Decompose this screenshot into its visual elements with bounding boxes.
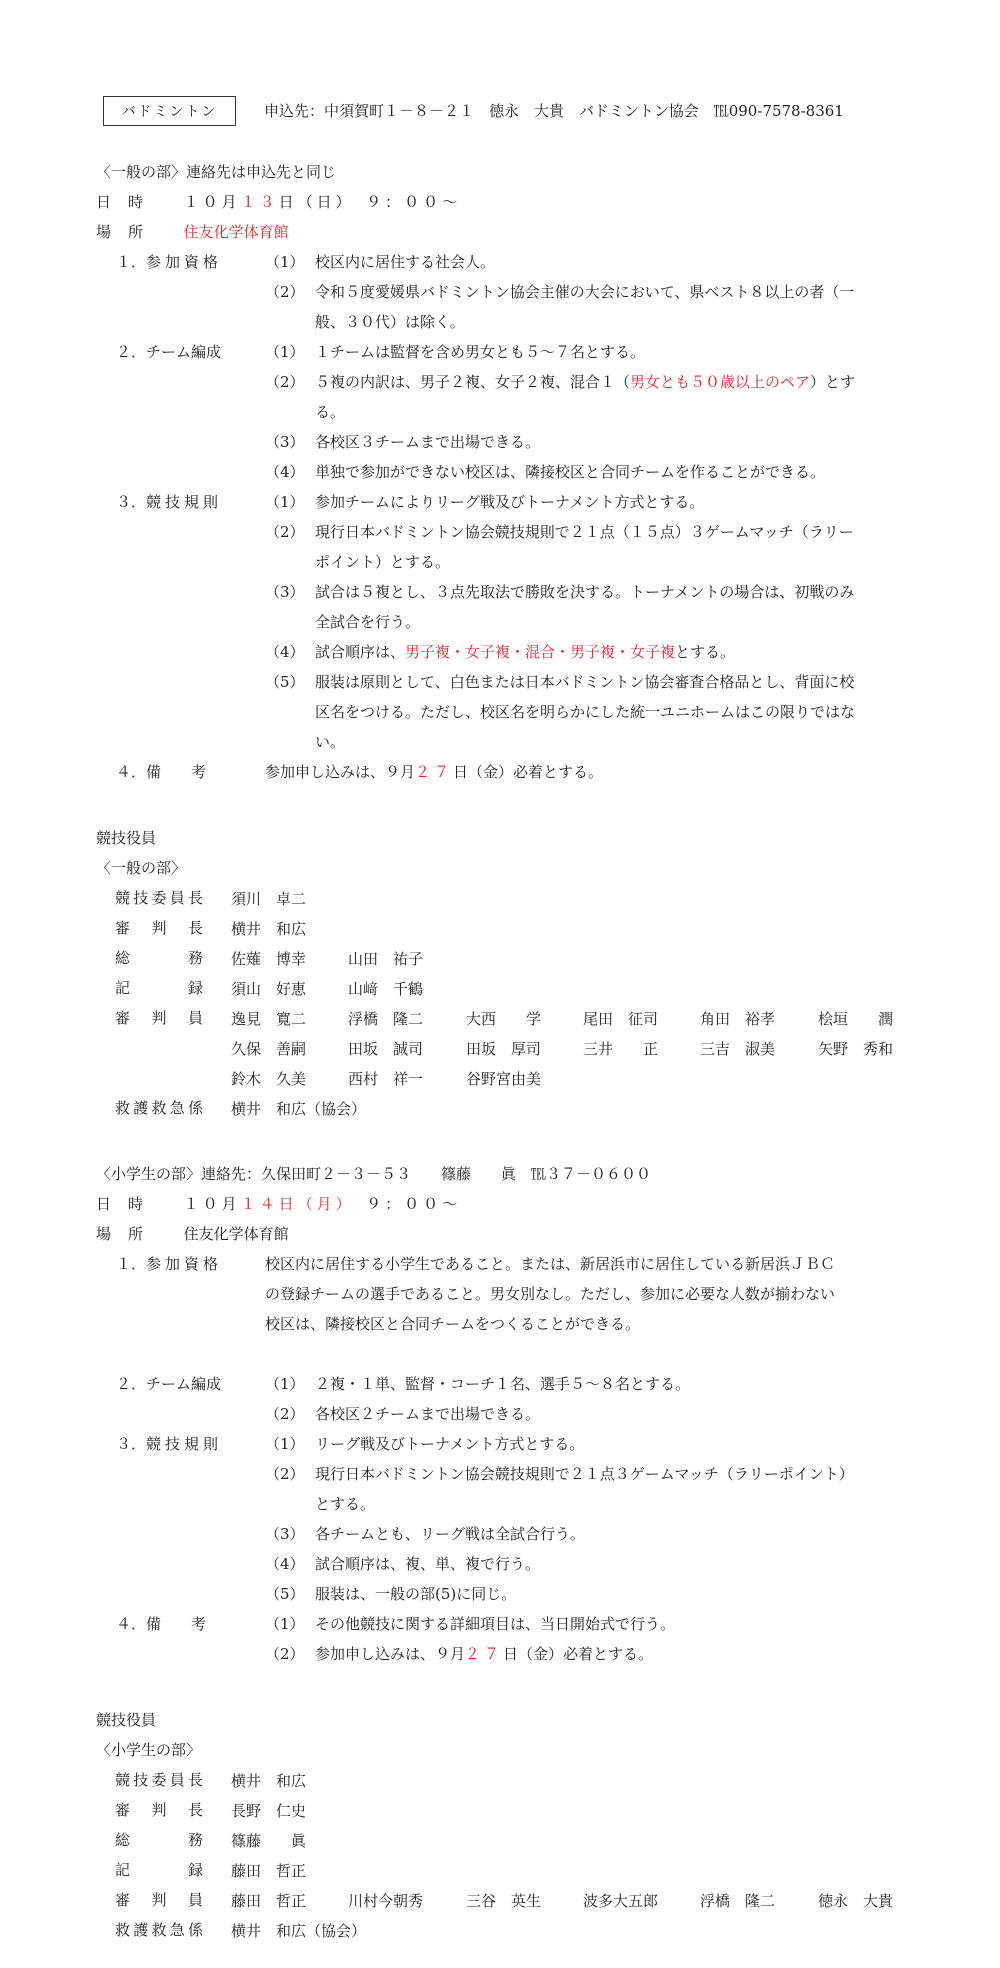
- official-role: 競技委員長: [115, 1770, 203, 1790]
- item-text: 各校区３チームまで出場できる。: [315, 432, 540, 452]
- item-text: 全試合を行う。: [315, 612, 420, 632]
- item-text: ５複の内訳は、男子２複、女子２複、混合１（男女とも５０歳以上のペア）とす: [315, 372, 855, 392]
- item-number: （2）: [265, 1644, 305, 1664]
- item-number: （3）: [265, 1524, 305, 1544]
- item-text: 区名をつける。ただし、校区名を明らかにした統一ユニホームはこの限りではな: [315, 702, 855, 722]
- official-role: 総務: [115, 948, 203, 968]
- official-name: 三吉 淑美: [700, 1038, 775, 1059]
- official-row: 審判長: [115, 918, 203, 938]
- general-section-3: ３．競技規則: [116, 492, 222, 512]
- section-label: 競技規則: [146, 493, 222, 511]
- elementary-date-row: 日 時 １０月１４日（月） ９：００～: [96, 1194, 461, 1214]
- official-name: 尾田 征司: [583, 1008, 658, 1029]
- item-text: １チームは監督を含め男女とも５～７名とする。: [315, 342, 645, 362]
- item-number: （1）: [265, 1614, 305, 1634]
- official-row: 審判員: [115, 1890, 203, 1910]
- official-name: 藤田 哲正: [231, 1890, 306, 1911]
- section-label: チーム編成: [146, 1375, 221, 1393]
- official-name: 横井 和広: [231, 1770, 306, 1791]
- official-name: 逸見 寛二: [231, 1008, 306, 1029]
- official-row: 審判員: [115, 1008, 203, 1028]
- official-name: 山田 祐子: [348, 948, 423, 969]
- official-row: 競技委員長: [115, 888, 203, 908]
- official-name: 桧垣 潤: [818, 1008, 893, 1029]
- section-label: 競技規則: [146, 1435, 222, 1453]
- official-name: 横井 和広（協会）: [231, 1098, 366, 1119]
- official-role: 救護救急係: [115, 1098, 203, 1118]
- item-text: 各チームとも、リーグ戦は全試合行う。: [315, 1524, 585, 1544]
- sport-title: バドミントン: [122, 101, 218, 121]
- place-label: 場 所: [96, 223, 144, 241]
- official-name: 藤田 哲正: [231, 1860, 306, 1881]
- official-name: 佐薙 博幸: [231, 948, 306, 969]
- item-text: 試合は５複とし、３点先取法で勝敗を決する。トーナメントの場合は、初戦のみ: [315, 582, 854, 602]
- elementary-section-2: ２．チーム編成: [116, 1374, 221, 1394]
- section-label: 備 考: [146, 763, 206, 781]
- elementary-section-1: １．参加資格: [116, 1254, 222, 1274]
- official-role: 救護救急係: [115, 1920, 203, 1940]
- elementary-place-row: 場 所 住友化学体育館: [96, 1224, 289, 1244]
- item-number: （2）: [265, 1464, 305, 1484]
- official-name: 三井 正: [583, 1038, 658, 1059]
- official-name: 長野 仁史: [231, 1800, 306, 1821]
- item-text: 参加チームによりリーグ戦及びトーナメント方式とする。: [315, 492, 704, 512]
- official-name: 三谷 英生: [466, 1890, 541, 1911]
- section-label: チーム編成: [146, 343, 221, 361]
- item-number: （2）: [265, 282, 305, 302]
- item-text: ポイント）とする。: [315, 552, 450, 572]
- officials-division: 〈一般の部〉: [96, 858, 186, 878]
- item-text: 令和５度愛媛県バドミントン協会主催の大会において、県ベスト８以上の者（一: [315, 282, 854, 302]
- item-text: 服装は、一般の部(5)に同じ。: [315, 1584, 516, 1604]
- date-label: 日 時: [96, 193, 144, 211]
- match-order-highlight: 男子複・女子複・混合・男子複・女子複: [405, 643, 675, 661]
- deadline-day-highlight: ２７: [415, 763, 453, 781]
- general-place-row: 場 所 住友化学体育館: [96, 222, 289, 242]
- official-row: 競技委員長: [115, 1770, 203, 1790]
- item-number: （1）: [265, 252, 305, 272]
- official-name: 浮橋 隆二: [700, 1890, 775, 1911]
- official-name: 山﨑 千鶴: [348, 978, 423, 999]
- item-number: （2）: [265, 372, 305, 392]
- general-section-1: １．参加資格: [116, 252, 222, 272]
- official-row: 総務: [115, 948, 203, 968]
- section-label: 参加資格: [146, 1255, 222, 1273]
- official-name: 鈴木 久美: [231, 1068, 306, 1089]
- official-row: 救護救急係: [115, 1920, 203, 1940]
- age-requirement-highlight: 男女とも５０歳以上のペア: [630, 373, 810, 391]
- item-text: る。: [315, 402, 345, 422]
- item-text: ２複・１単、監督・コーチ１名、選手５～８名とする。: [315, 1374, 690, 1394]
- official-role: 審判員: [115, 1890, 203, 1910]
- official-name: 大西 学: [466, 1008, 541, 1029]
- officials-title: 競技役員: [96, 828, 156, 848]
- date-day-highlight: １３: [241, 193, 279, 211]
- item-text: 校区内に居住する小学生であること。または、新居浜市に居住している新居浜ＪＢＣ: [265, 1254, 835, 1274]
- official-role: 総務: [115, 1830, 203, 1850]
- official-name: 徳永 大貴: [818, 1890, 893, 1911]
- date-day-highlight: １４日（月）: [241, 1195, 348, 1213]
- item-text: とする。: [315, 1494, 375, 1514]
- general-date-row: 日 時 １０月１３日（日） ９：００～: [96, 192, 461, 212]
- item-number: （2）: [265, 1404, 305, 1424]
- item-text: 各校区２チームまで出場できる。: [315, 1404, 540, 1424]
- date-rest: 日（日） ９：００～: [279, 193, 462, 211]
- official-name: 須山 好恵: [231, 978, 306, 999]
- item-number: （5）: [265, 1584, 305, 1604]
- official-name: 横井 和広（協会）: [231, 1920, 366, 1941]
- place-label: 場 所: [96, 1225, 144, 1243]
- item-text: 校区は、隣接校区と合同チームをつくることができる。: [265, 1314, 640, 1334]
- elementary-heading: 〈小学生の部〉連絡先：久保田町２－３－５３ 篠藤 眞 ℡３７－０６００: [96, 1164, 651, 1184]
- elementary-section-3: ３．競技規則: [116, 1434, 222, 1454]
- item-text: 現行日本バドミントン協会競技規則で２１点３ゲームマッチ（ラリーポイント）: [315, 1464, 854, 1484]
- deadline-note: 参加申し込みは、９月２７日（金）必着とする。: [265, 762, 603, 782]
- item-number: （4）: [265, 1554, 305, 1574]
- place-value: 住友化学体育館: [184, 223, 289, 241]
- official-name: 角田 裕孝: [700, 1008, 775, 1029]
- official-role: 審判長: [115, 918, 203, 938]
- item-number: （3）: [265, 432, 305, 452]
- applicant-info: 申込先：中須賀町１－８－２１ 徳永 大貴 バドミントン協会 ℡090-7578-…: [264, 101, 844, 121]
- date-rest: ９：００～: [347, 1195, 461, 1213]
- general-heading: 〈一般の部〉連絡先は申込先と同じ: [96, 162, 336, 182]
- date-month: １０月: [184, 193, 241, 211]
- official-role: 記録: [115, 1860, 203, 1880]
- official-row: 救護救急係: [115, 1098, 203, 1118]
- item-text: 般、３０代）は除く。: [315, 312, 465, 332]
- official-role: 審判長: [115, 1800, 203, 1820]
- general-section-2: ２．チーム編成: [116, 342, 221, 362]
- item-number: （1）: [265, 1374, 305, 1394]
- official-row: 記録: [115, 1860, 203, 1880]
- official-name: 川村今朝秀: [348, 1890, 423, 1911]
- official-name: 須川 卓二: [231, 888, 306, 909]
- section-label: 参加資格: [146, 253, 222, 271]
- item-number: （1）: [265, 492, 305, 512]
- general-section-4: ４．備 考: [116, 762, 206, 782]
- official-name: 横井 和広: [231, 918, 306, 939]
- sport-title-box: バドミントン: [103, 96, 236, 126]
- official-row: 記録: [115, 978, 203, 998]
- item-text: い。: [315, 732, 345, 752]
- section-label: 備 考: [146, 1615, 206, 1633]
- date-month: １０月: [184, 1195, 241, 1213]
- official-role: 記録: [115, 978, 203, 998]
- item-number: （4）: [265, 462, 305, 482]
- elementary-section-4: ４．備 考: [116, 1614, 206, 1634]
- official-name: 谷野宮由美: [466, 1068, 541, 1089]
- official-name: 浮橋 隆二: [348, 1008, 423, 1029]
- item-text: 試合順序は、複、単、複で行う。: [315, 1554, 540, 1574]
- official-role: 競技委員長: [115, 888, 203, 908]
- official-role: 審判員: [115, 1008, 203, 1028]
- deadline-note: 参加申し込みは、９月２７日（金）必着とする。: [315, 1644, 653, 1664]
- item-number: （1）: [265, 342, 305, 362]
- official-name: 田坂 誠司: [348, 1038, 423, 1059]
- official-name: 西村 祥一: [348, 1068, 423, 1089]
- item-number: （4）: [265, 642, 305, 662]
- place-value: 住友化学体育館: [184, 1225, 289, 1243]
- officials-division: 〈小学生の部〉: [96, 1740, 201, 1760]
- item-number: （3）: [265, 582, 305, 602]
- officials-title: 競技役員: [96, 1710, 156, 1730]
- item-text: 服装は原則として、白色または日本バドミントン協会審査合格品とし、背面に校: [315, 672, 854, 692]
- official-row: 審判長: [115, 1800, 203, 1820]
- official-row: 総務: [115, 1830, 203, 1850]
- official-name: 波多大五郎: [583, 1890, 658, 1911]
- item-text: 試合順序は、男子複・女子複・混合・男子複・女子複とする。: [315, 642, 735, 662]
- item-text: 現行日本バドミントン協会競技規則で２１点（１５点）３ゲームマッチ（ラリー: [315, 522, 854, 542]
- item-text: の登録チームの選手であること。男女別なし。ただし、参加に必要な人数が揃わない: [265, 1284, 835, 1304]
- item-text: リーグ戦及びトーナメント方式とする。: [315, 1434, 584, 1454]
- official-name: 矢野 秀和: [818, 1038, 893, 1059]
- item-number: （2）: [265, 522, 305, 542]
- item-number: （1）: [265, 1434, 305, 1454]
- date-label: 日 時: [96, 1195, 144, 1213]
- official-name: 田坂 厚司: [466, 1038, 541, 1059]
- official-name: 久保 善嗣: [231, 1038, 306, 1059]
- deadline-day-highlight: ２７: [465, 1645, 503, 1663]
- item-text: その他競技に関する詳細項目は、当日開始式で行う。: [315, 1614, 675, 1634]
- item-text: 単独で参加ができない校区は、隣接校区と合同チームを作ることができる。: [315, 462, 825, 482]
- official-name: 篠藤 眞: [231, 1830, 306, 1851]
- item-text: 校区内に居住する社会人。: [315, 252, 495, 272]
- item-number: （5）: [265, 672, 305, 692]
